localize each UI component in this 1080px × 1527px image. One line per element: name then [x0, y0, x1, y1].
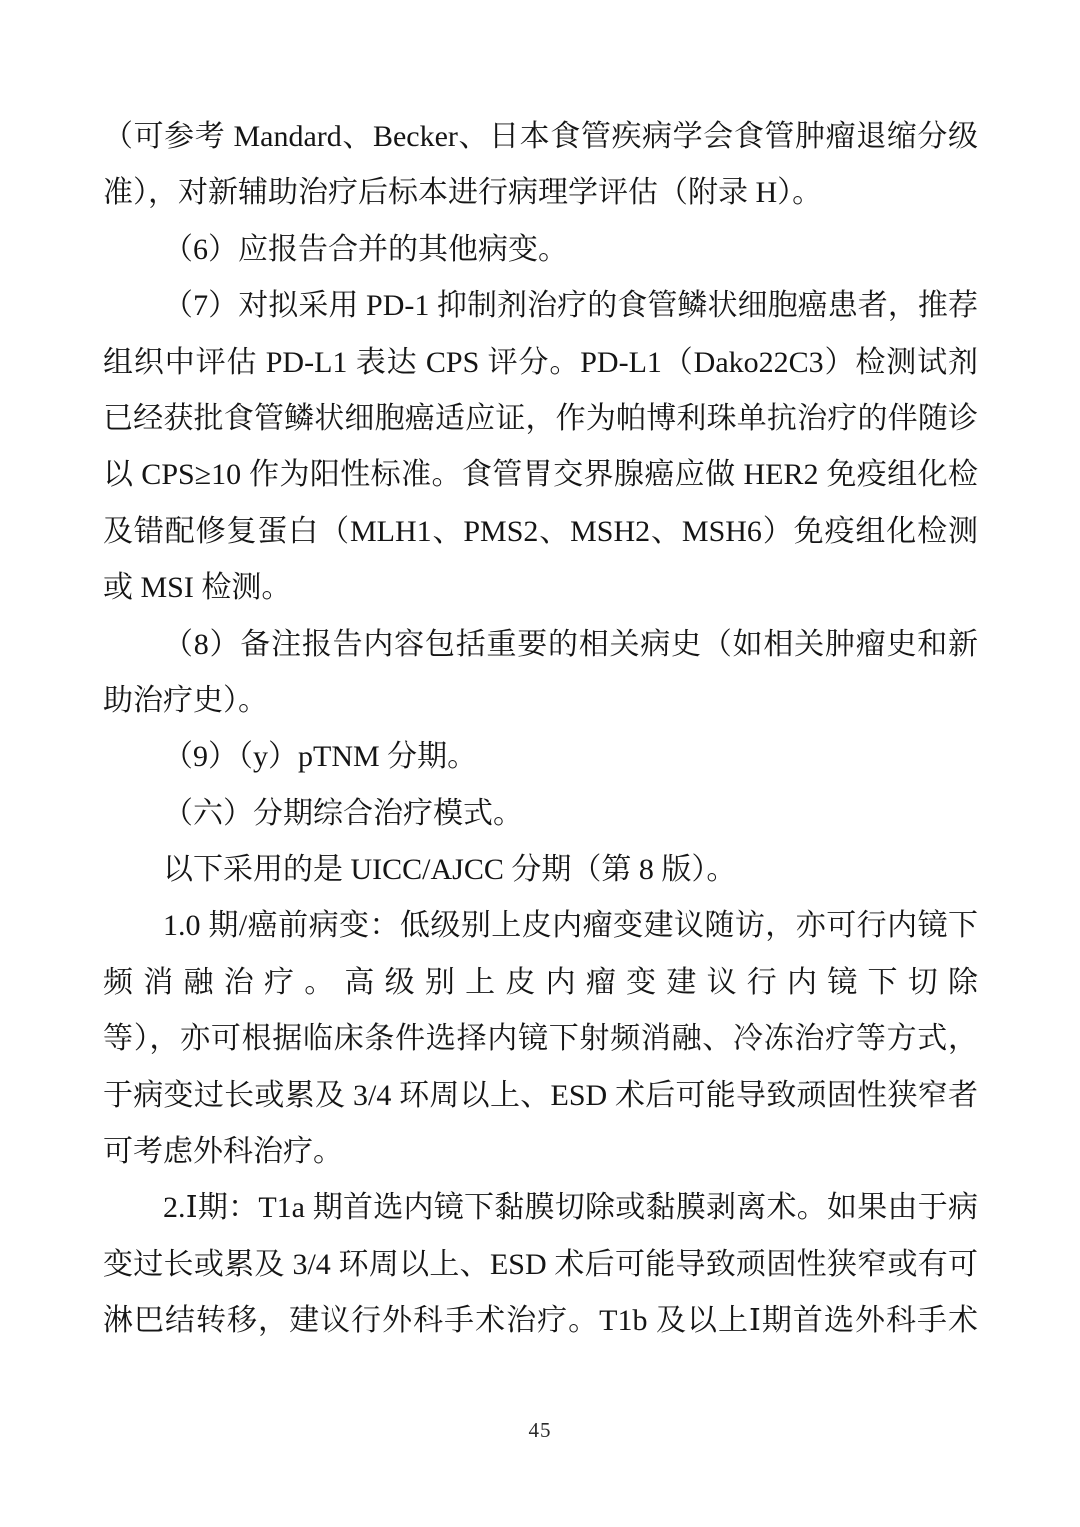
text-line: （7）对拟采用 PD-1 抑制剂治疗的食管鳞状细胞癌患者，推荐癌	[103, 278, 978, 334]
text-line: 可考虑外科治疗。	[103, 1124, 978, 1180]
text-line: 等），亦可根据临床条件选择内镜下射频消融、冷冻治疗等方式，由	[103, 1011, 978, 1067]
text-line: （6）应报告合并的其他病变。	[103, 222, 978, 278]
text-line: 淋巴结转移，建议行外科手术治疗。T1b 及以上Ⅰ期首选外科手术治	[103, 1293, 978, 1349]
text-line: 及错配修复蛋白（MLH1、PMS2、MSH2、MSH6）免疫组化检测和/	[103, 504, 978, 560]
document-text-block: （可参考 Mandard、Becker、日本食管疾病学会食管肿瘤退缩分级标准），…	[103, 109, 978, 1350]
text-line: 准），对新辅助治疗后标本进行病理学评估（附录 H）。	[103, 165, 978, 221]
text-line: 变过长或累及 3/4 环周以上、ESD 术后可能导致顽固性狭窄或有可疑	[103, 1237, 978, 1293]
text-line: 助治疗史）。	[103, 673, 978, 729]
text-line: 以下采用的是 UICC/AJCC 分期（第 8 版）。	[103, 842, 978, 898]
text-line: 已经获批食管鳞状细胞癌适应证，作为帕博利珠单抗治疗的伴随诊断，	[103, 391, 978, 447]
text-line: （9）（y）pTNM 分期。	[103, 729, 978, 785]
page-footer: 45	[0, 1418, 1080, 1443]
text-line: （可参考 Mandard、Becker、日本食管疾病学会食管肿瘤退缩分级标	[103, 109, 978, 165]
text-line: 1.0 期/癌前病变：低级别上皮内瘤变建议随访，亦可行内镜下射	[103, 898, 978, 954]
text-line: 组织中评估 PD-L1 表达 CPS 评分。PD-L1（Dako22C3）检测试…	[103, 335, 978, 391]
text-line: 2.Ⅰ期：T1a 期首选内镜下黏膜切除或黏膜剥离术。如果由于病	[103, 1180, 978, 1236]
text-line: 或 MSI 检测。	[103, 560, 978, 616]
text-line: 于病变过长或累及 3/4 环周以上、ESD 术后可能导致顽固性狭窄者也	[103, 1068, 978, 1124]
text-line: （8）备注报告内容包括重要的相关病史（如相关肿瘤史和新辅	[103, 617, 978, 673]
page-number: 45	[529, 1418, 552, 1442]
text-line: （六）分期综合治疗模式。	[103, 786, 978, 842]
text-line: 以 CPS≥10 作为阳性标准。食管胃交界腺癌应做 HER2 免疫组化检测	[103, 447, 978, 503]
document-page: （可参考 Mandard、Becker、日本食管疾病学会食管肿瘤退缩分级标准），…	[0, 0, 1080, 1527]
text-line: 频消融治疗。高级别上皮内瘤变建议行内镜下切除（EMR/ESD/MBM	[103, 955, 978, 1011]
